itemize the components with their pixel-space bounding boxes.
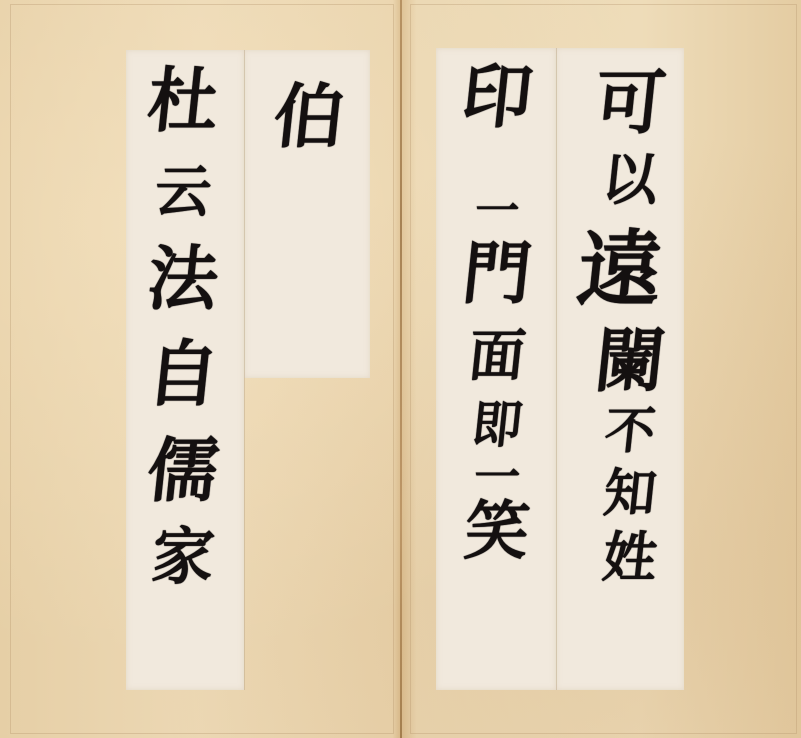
- calligraphy-char: 門: [459, 240, 534, 308]
- calligraphy-char: 云: [152, 164, 214, 220]
- panel-seam: [244, 50, 245, 690]
- calligraphy-char: 姓: [600, 530, 660, 584]
- calligraphy-char: 一: [473, 190, 522, 234]
- calligraphy-char: 知: [601, 468, 658, 520]
- calligraphy-char: 不: [602, 406, 657, 456]
- calligraphy-char: 伯: [270, 82, 347, 152]
- calligraphy-char: 印: [458, 62, 535, 132]
- calligraphy-char: 家: [149, 526, 218, 588]
- calligraphy-char: 自: [143, 338, 223, 410]
- calligraphy-char: 面: [466, 328, 528, 384]
- calligraphy-char: 可: [591, 68, 668, 138]
- calligraphy-char: 闌: [591, 326, 668, 396]
- calligraphy-column: 可 以 遠 闌 不 知 姓: [590, 68, 670, 584]
- calligraphy-column: 印 一 門 面 即 一 笑: [455, 62, 539, 564]
- panel-seam: [556, 48, 557, 690]
- calligraphy-char: 法: [144, 244, 221, 314]
- calligraphy-char: 即: [469, 400, 524, 450]
- calligraphy-char: 儒: [144, 436, 221, 506]
- calligraphy-column: 杜 云 法 自 儒 家: [142, 66, 224, 588]
- calligraphy-char: 杜: [144, 66, 221, 136]
- calligraphy-column: 伯: [266, 82, 352, 152]
- center-fold: [400, 0, 402, 738]
- calligraphy-char: 笑: [462, 500, 533, 564]
- album-spread: 可 以 遠 闌 不 知 姓 印 一 門 面 即 一 笑 伯 杜 云 法 自 儒 …: [0, 0, 801, 738]
- calligraphy-char: 遠: [574, 228, 667, 312]
- calligraphy-char: 以: [599, 152, 661, 208]
